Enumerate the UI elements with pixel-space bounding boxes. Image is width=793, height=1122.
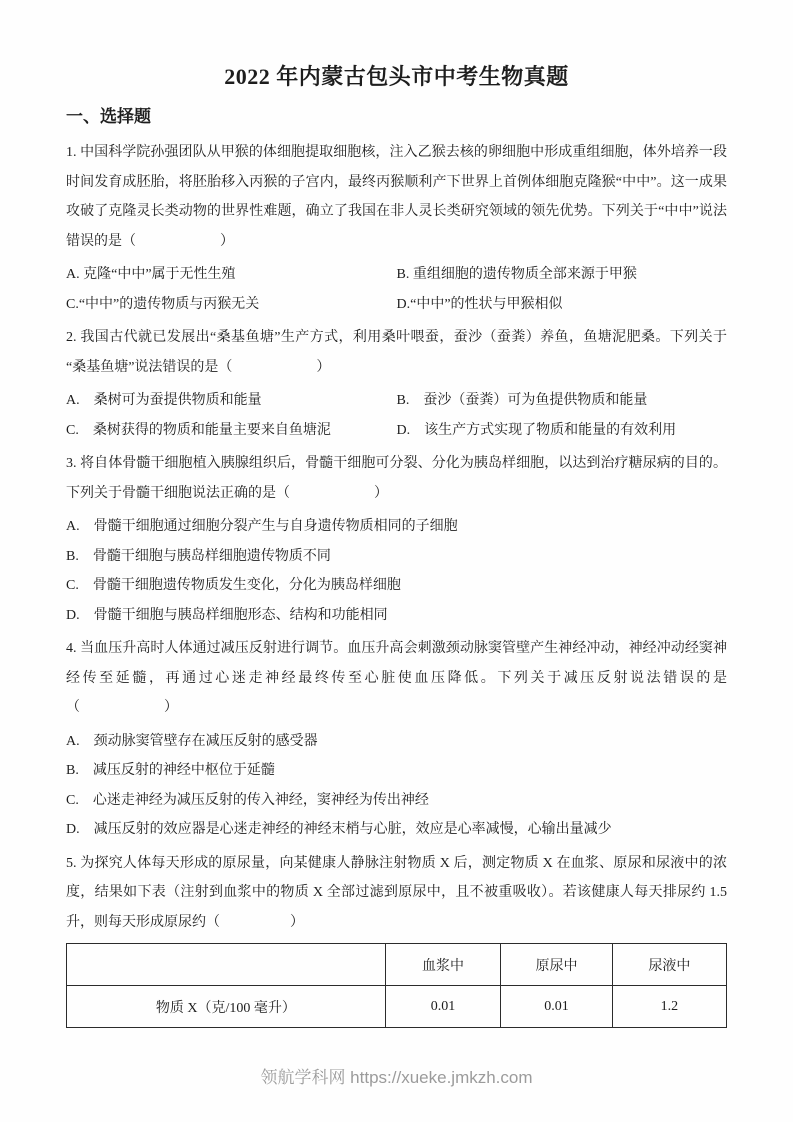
table-row-label: 物质 X（克/100 毫升） xyxy=(67,986,386,1028)
table-value-primary-urine: 0.01 xyxy=(501,986,613,1028)
question-3-option-c: C. 骨髓干细胞遗传物质发生变化，分化为胰岛样细胞 xyxy=(66,571,727,601)
option-row: C.“中中”的遗传物质与丙猴无关 D.“中中”的性状与甲猴相似 xyxy=(66,290,727,320)
question-4-option-c: C. 心迷走神经为减压反射的传入神经，窦神经为传出神经 xyxy=(66,786,727,816)
question-3-options: A. 骨髓干细胞通过细胞分裂产生与自身遗传物质相同的子细胞 B. 骨髓干细胞与胰… xyxy=(66,512,727,630)
table-header-urine: 尿液中 xyxy=(612,944,726,986)
question-5-stem: 5. 为探究人体每天形成的原尿量，向某健康人静脉注射物质 X 后，测定物质 X … xyxy=(66,849,727,938)
exam-page: 2022 年内蒙古包头市中考生物真题 一、选择题 1. 中国科学院孙强团队从甲猴… xyxy=(66,0,727,1028)
table-header-plasma: 血浆中 xyxy=(385,944,501,986)
question-1-option-a: A. 克隆“中中”属于无性生殖 xyxy=(66,260,397,290)
question-2-options: A. 桑树可为蚕提供物质和能量 B. 蚕沙（蚕粪）可为鱼提供物质和能量 C. 桑… xyxy=(66,386,727,445)
question-4-option-a: A. 颈动脉窦管壁存在减压反射的感受器 xyxy=(66,727,727,757)
table-value-plasma: 0.01 xyxy=(385,986,501,1028)
question-1-option-c: C.“中中”的遗传物质与丙猴无关 xyxy=(66,290,397,320)
table-header-empty xyxy=(67,944,386,986)
question-1-stem: 1. 中国科学院孙强团队从甲猴的体细胞提取细胞核，注入乙猴去核的卵细胞中形成重组… xyxy=(66,138,727,256)
option-row: A. 克隆“中中”属于无性生殖 B. 重组细胞的遗传物质全部来源于甲猴 xyxy=(66,260,727,290)
question-4: 4. 当血压升高时人体通过减压反射进行调节。血压升高会刺激颈动脉窦管壁产生神经冲… xyxy=(66,634,727,845)
section-heading-multiple-choice: 一、选择题 xyxy=(66,106,727,128)
option-row: C. 桑树获得的物质和能量主要来自鱼塘泥 D. 该生产方式实现了物质和能量的有效… xyxy=(66,416,727,446)
question-4-option-b: B. 减压反射的神经中枢位于延髓 xyxy=(66,756,727,786)
question-2: 2. 我国古代就已发展出“桑基鱼塘”生产方式，利用桑叶喂蚕，蚕沙（蚕粪）养鱼，鱼… xyxy=(66,323,727,445)
question-2-option-d: D. 该生产方式实现了物质和能量的有效利用 xyxy=(397,416,728,446)
question-3-stem: 3. 将自体骨髓干细胞植入胰腺组织后，骨髓干细胞可分裂、分化为胰岛样细胞，以达到… xyxy=(66,449,727,508)
table-row: 物质 X（克/100 毫升） 0.01 0.01 1.2 xyxy=(67,986,727,1028)
question-1-option-b: B. 重组细胞的遗传物质全部来源于甲猴 xyxy=(397,260,728,290)
question-4-options: A. 颈动脉窦管壁存在减压反射的感受器 B. 减压反射的神经中枢位于延髓 C. … xyxy=(66,727,727,845)
table-header-row: 血浆中 原尿中 尿液中 xyxy=(67,944,727,986)
table-value-urine: 1.2 xyxy=(612,986,726,1028)
table-header-primary-urine: 原尿中 xyxy=(501,944,613,986)
question-1: 1. 中国科学院孙强团队从甲猴的体细胞提取细胞核，注入乙猴去核的卵细胞中形成重组… xyxy=(66,138,727,319)
question-5-data-table: 血浆中 原尿中 尿液中 物质 X（克/100 毫升） 0.01 0.01 1.2 xyxy=(66,943,727,1028)
question-2-option-b: B. 蚕沙（蚕粪）可为鱼提供物质和能量 xyxy=(397,386,728,416)
question-4-stem: 4. 当血压升高时人体通过减压反射进行调节。血压升高会刺激颈动脉窦管壁产生神经冲… xyxy=(66,634,727,723)
question-3: 3. 将自体骨髓干细胞植入胰腺组织后，骨髓干细胞可分裂、分化为胰岛样细胞，以达到… xyxy=(66,449,727,630)
question-1-option-d: D.“中中”的性状与甲猴相似 xyxy=(397,290,728,320)
exam-title: 2022 年内蒙古包头市中考生物真题 xyxy=(66,64,727,90)
question-3-option-b: B. 骨髓干细胞与胰岛样细胞遗传物质不同 xyxy=(66,542,727,572)
question-5: 5. 为探究人体每天形成的原尿量，向某健康人静脉注射物质 X 后，测定物质 X … xyxy=(66,849,727,1029)
question-4-option-d: D. 减压反射的效应器是心迷走神经的神经末梢与心脏，效应是心率减慢，心输出量减少 xyxy=(66,815,727,845)
option-row: A. 桑树可为蚕提供物质和能量 B. 蚕沙（蚕粪）可为鱼提供物质和能量 xyxy=(66,386,727,416)
question-2-option-a: A. 桑树可为蚕提供物质和能量 xyxy=(66,386,397,416)
question-3-option-a: A. 骨髓干细胞通过细胞分裂产生与自身遗传物质相同的子细胞 xyxy=(66,512,727,542)
watermark-footer: 领航学科网 https://xueke.jmkzh.com xyxy=(0,1066,793,1090)
question-2-stem: 2. 我国古代就已发展出“桑基鱼塘”生产方式，利用桑叶喂蚕，蚕沙（蚕粪）养鱼，鱼… xyxy=(66,323,727,382)
question-1-options: A. 克隆“中中”属于无性生殖 B. 重组细胞的遗传物质全部来源于甲猴 C.“中… xyxy=(66,260,727,319)
question-3-option-d: D. 骨髓干细胞与胰岛样细胞形态、结构和功能相同 xyxy=(66,601,727,631)
question-2-option-c: C. 桑树获得的物质和能量主要来自鱼塘泥 xyxy=(66,416,397,446)
